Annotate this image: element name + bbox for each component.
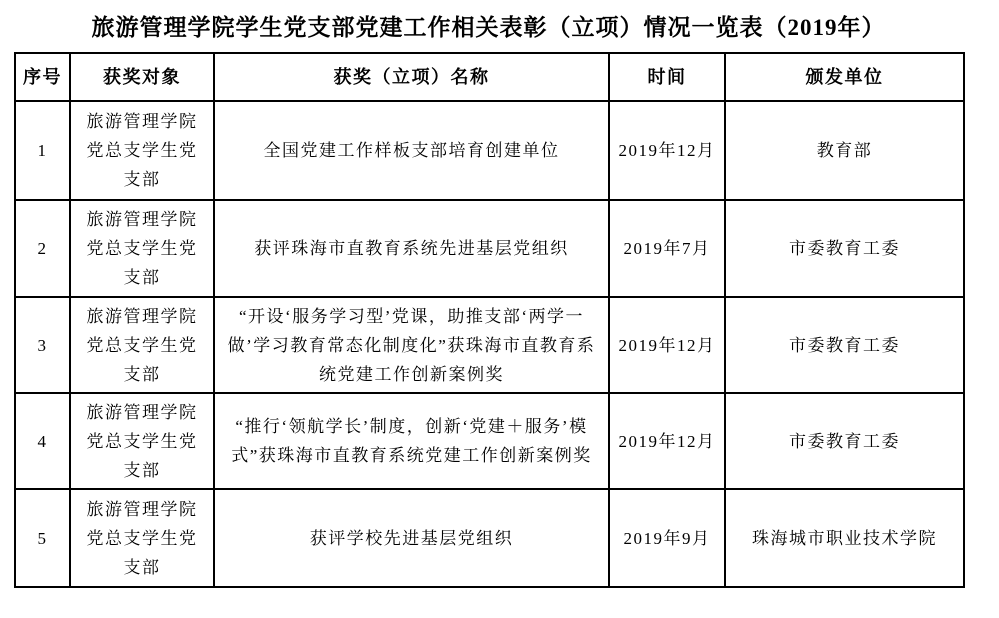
cell-issuer: 市委教育工委 xyxy=(725,297,964,393)
cell-seq: 1 xyxy=(15,101,70,200)
cell-time: 2019年7月 xyxy=(609,200,725,297)
header-recipient: 获奖对象 xyxy=(70,53,214,101)
cell-recipient: 旅游管理学院党总支学生党支部 xyxy=(70,101,214,200)
cell-recipient: 旅游管理学院党总支学生党支部 xyxy=(70,200,214,297)
cell-seq: 3 xyxy=(15,297,70,393)
cell-award: 获评珠海市直教育系统先进基层党组织 xyxy=(214,200,609,297)
page-title: 旅游管理学院学生党支部党建工作相关表彰（立项）情况一览表（2019年） xyxy=(14,13,963,43)
cell-award: 全国党建工作样板支部培育创建单位 xyxy=(214,101,609,200)
table-row: 5 旅游管理学院党总支学生党支部 获评学校先进基层党组织 2019年9月 珠海城… xyxy=(15,489,964,587)
cell-seq: 4 xyxy=(15,393,70,489)
cell-award: “推行‘领航学长’制度，创新‘党建＋服务’模式”获珠海市直教育系统党建工作创新案… xyxy=(214,393,609,489)
cell-issuer: 市委教育工委 xyxy=(725,393,964,489)
cell-recipient: 旅游管理学院党总支学生党支部 xyxy=(70,393,214,489)
cell-time: 2019年12月 xyxy=(609,101,725,200)
header-issuer: 颁发单位 xyxy=(725,53,964,101)
cell-time: 2019年12月 xyxy=(609,297,725,393)
cell-award: 获评学校先进基层党组织 xyxy=(214,489,609,587)
cell-time: 2019年12月 xyxy=(609,393,725,489)
table-header-row: 序号 获奖对象 获奖（立项）名称 时间 颁发单位 xyxy=(15,53,964,101)
awards-table: 序号 获奖对象 获奖（立项）名称 时间 颁发单位 1 旅游管理学院党总支学生党支… xyxy=(14,52,965,588)
cell-award: “开设‘服务学习型’党课，助推支部‘两学一做’学习教育常态化制度化”获珠海市直教… xyxy=(214,297,609,393)
table-row: 3 旅游管理学院党总支学生党支部 “开设‘服务学习型’党课，助推支部‘两学一做’… xyxy=(15,297,964,393)
table-row: 1 旅游管理学院党总支学生党支部 全国党建工作样板支部培育创建单位 2019年1… xyxy=(15,101,964,200)
header-award-name: 获奖（立项）名称 xyxy=(214,53,609,101)
table-row: 2 旅游管理学院党总支学生党支部 获评珠海市直教育系统先进基层党组织 2019年… xyxy=(15,200,964,297)
cell-issuer: 珠海城市职业技术学院 xyxy=(725,489,964,587)
cell-recipient: 旅游管理学院党总支学生党支部 xyxy=(70,297,214,393)
page: 旅游管理学院学生党支部党建工作相关表彰（立项）情况一览表（2019年） 序号 获… xyxy=(0,0,999,618)
cell-issuer: 市委教育工委 xyxy=(725,200,964,297)
cell-recipient: 旅游管理学院党总支学生党支部 xyxy=(70,489,214,587)
header-seq: 序号 xyxy=(15,53,70,101)
cell-seq: 2 xyxy=(15,200,70,297)
cell-seq: 5 xyxy=(15,489,70,587)
cell-time: 2019年9月 xyxy=(609,489,725,587)
cell-issuer: 教育部 xyxy=(725,101,964,200)
table-row: 4 旅游管理学院党总支学生党支部 “推行‘领航学长’制度，创新‘党建＋服务’模式… xyxy=(15,393,964,489)
header-time: 时间 xyxy=(609,53,725,101)
